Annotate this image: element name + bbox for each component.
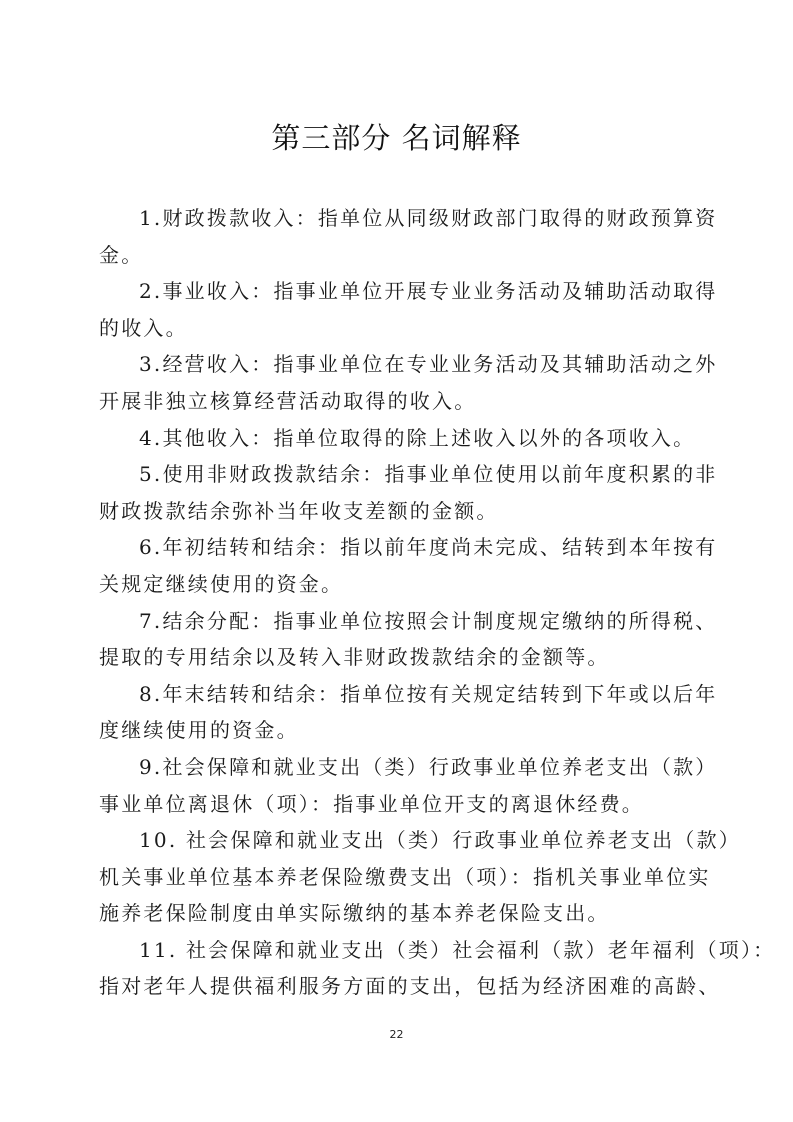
text-line: 3.经营收入：指事业单位在专业业务活动及其辅助活动之外 bbox=[99, 346, 696, 383]
text-line: 机关事业单位基本养老保险缴费支出（项）：指机关事业单位实 bbox=[99, 859, 696, 896]
text-line: 施养老保险制度由单实际缴纳的基本养老保险支出。 bbox=[99, 895, 696, 932]
text-line: 金。 bbox=[99, 237, 696, 274]
text-line: 9.社会保障和就业支出（类）行政事业单位养老支出（款） bbox=[99, 749, 696, 786]
text-line: 提取的专用结余以及转入非财政拨款结余的金额等。 bbox=[99, 639, 696, 676]
page-number: 22 bbox=[0, 1028, 793, 1041]
text-line: 11. 社会保障和就业支出（类）社会福利（款）老年福利（项）： bbox=[99, 932, 696, 969]
text-line: 7.结余分配：指事业单位按照会计制度规定缴纳的所得税、 bbox=[99, 603, 696, 640]
text-line: 6.年初结转和结余：指以前年度尚未完成、结转到本年按有 bbox=[99, 529, 696, 566]
text-line: 4.其他收入：指单位取得的除上述收入以外的各项收入。 bbox=[99, 420, 696, 457]
text-line: 的收入。 bbox=[99, 310, 696, 347]
text-line: 关规定继续使用的资金。 bbox=[99, 566, 696, 603]
text-line: 财政拨款结余弥补当年收支差额的金额。 bbox=[99, 493, 696, 530]
text-line: 5.使用非财政拨款结余：指事业单位使用以前年度积累的非 bbox=[99, 456, 696, 493]
text-line: 10. 社会保障和就业支出（类）行政事业单位养老支出（款） bbox=[99, 822, 696, 859]
text-line: 1.财政拨款收入：指单位从同级财政部门取得的财政预算资 bbox=[99, 200, 696, 237]
text-line: 度继续使用的资金。 bbox=[99, 712, 696, 749]
definitions-body: 1.财政拨款收入：指单位从同级财政部门取得的财政预算资 金。 2.事业收入：指事… bbox=[99, 200, 696, 1005]
text-line: 指对老年人提供福利服务方面的支出，包括为经济困难的高龄、 bbox=[99, 968, 696, 1005]
document-page: 第三部分 名词解释 1.财政拨款收入：指单位从同级财政部门取得的财政预算资 金。… bbox=[0, 0, 793, 1122]
text-line: 事业单位离退休（项）：指事业单位开支的离退休经费。 bbox=[99, 786, 696, 823]
page-title: 第三部分 名词解释 bbox=[0, 118, 793, 158]
text-line: 8.年末结转和结余：指单位按有关规定结转到下年或以后年 bbox=[99, 676, 696, 713]
text-line: 2.事业收入：指事业单位开展专业业务活动及辅助活动取得 bbox=[99, 273, 696, 310]
text-line: 开展非独立核算经营活动取得的收入。 bbox=[99, 383, 696, 420]
